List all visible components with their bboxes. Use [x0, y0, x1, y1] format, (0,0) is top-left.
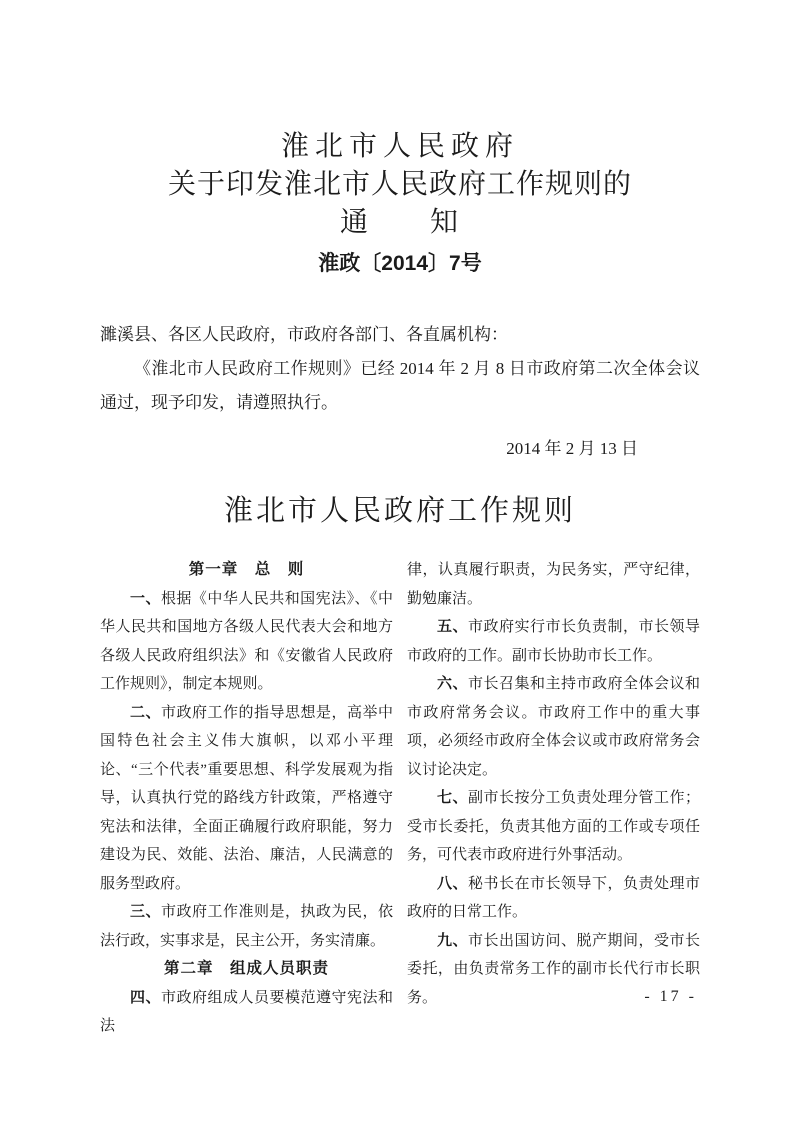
notice-body: 濉溪县、各区人民政府，市政府各部门、各直属机构： 《淮北市人民政府工作规则》已经… [100, 318, 700, 420]
notice-header: 淮北市人民政府 关于印发淮北市人民政府工作规则的 通 知 淮政〔2014〕7号 [100, 0, 700, 278]
page-number: - 17 - [644, 988, 697, 1006]
notice-paragraph: 《淮北市人民政府工作规则》已经 2014 年 2 月 8 日市政府第二次全体会议… [100, 352, 700, 420]
rule-number: 一、 [130, 590, 161, 607]
rules-right-column: 律，认真履行职责，为民务实，严守纪律，勤勉廉洁。 五、市政府实行市长负责制，市长… [407, 556, 700, 1041]
rule-number: 八、 [437, 875, 468, 892]
rule-number: 七、 [437, 789, 468, 806]
chapter-heading: 第一章 总 则 [100, 556, 393, 585]
rules-title: 淮北市人民政府工作规则 [100, 490, 700, 532]
notice-type-title: 通 知 [100, 204, 700, 242]
rule-paragraph-continuation: 律，认真履行职责，为民务实，严守纪律，勤勉廉洁。 [407, 556, 700, 613]
rule-number: 九、 [437, 932, 468, 949]
rules-left-column: 第一章 总 则 一、根据《中华人民共和国宪法》、《中华人民共和国地方各级人民代表… [100, 556, 393, 1041]
rule-number: 三、 [130, 903, 161, 920]
issuer-title: 淮北市人民政府 [100, 128, 700, 166]
rule-paragraph: 七、副市长按分工负责处理分管工作；受市长委托，负责其他方面的工作或专项任务，可代… [407, 784, 700, 870]
rule-paragraph: 二、市政府工作的指导思想是，高举中国特色社会主义伟大旗帜，以邓小平理论、“三个代… [100, 699, 393, 899]
document-number: 淮政〔2014〕7号 [100, 250, 700, 278]
rule-number: 六、 [437, 675, 468, 692]
rule-paragraph: 一、根据《中华人民共和国宪法》、《中华人民共和国地方各级人民代表大会和地方各级人… [100, 585, 393, 699]
rule-number: 二、 [130, 704, 161, 721]
rule-paragraph: 五、市政府实行市长负责制，市长领导市政府的工作。副市长协助市长工作。 [407, 613, 700, 670]
rule-text: 市政府工作的指导思想是，高举中国特色社会主义伟大旗帜，以邓小平理论、“三个代表”… [100, 705, 393, 892]
rule-paragraph: 八、秘书长在市长领导下，负责处理市政府的日常工作。 [407, 870, 700, 927]
document-page: 淮北市人民政府 关于印发淮北市人民政府工作规则的 通 知 淮政〔2014〕7号 … [0, 0, 793, 1122]
rule-paragraph: 三、市政府工作准则是，执政为民，依法行政，实事求是，民主公开，务实清廉。 [100, 898, 393, 955]
rule-paragraph: 四、市政府组成人员要模范遵守宪法和法 [100, 984, 393, 1041]
rules-columns: 第一章 总 则 一、根据《中华人民共和国宪法》、《中华人民共和国地方各级人民代表… [100, 556, 700, 1041]
rule-number: 五、 [437, 618, 468, 635]
document-content: 淮北市人民政府 关于印发淮北市人民政府工作规则的 通 知 淮政〔2014〕7号 … [100, 0, 700, 1041]
salutation-line: 濉溪县、各区人民政府，市政府各部门、各直属机构： [100, 318, 700, 352]
notice-subject-title: 关于印发淮北市人民政府工作规则的 [100, 166, 700, 204]
rule-paragraph: 六、市长召集和主持市政府全体会议和市政府常务会议。市政府工作中的重大事项，必须经… [407, 670, 700, 784]
rule-number: 四、 [130, 989, 161, 1006]
chapter-heading: 第二章 组成人员职责 [100, 955, 393, 984]
notice-date: 2014 年 2 月 13 日 [100, 432, 700, 466]
